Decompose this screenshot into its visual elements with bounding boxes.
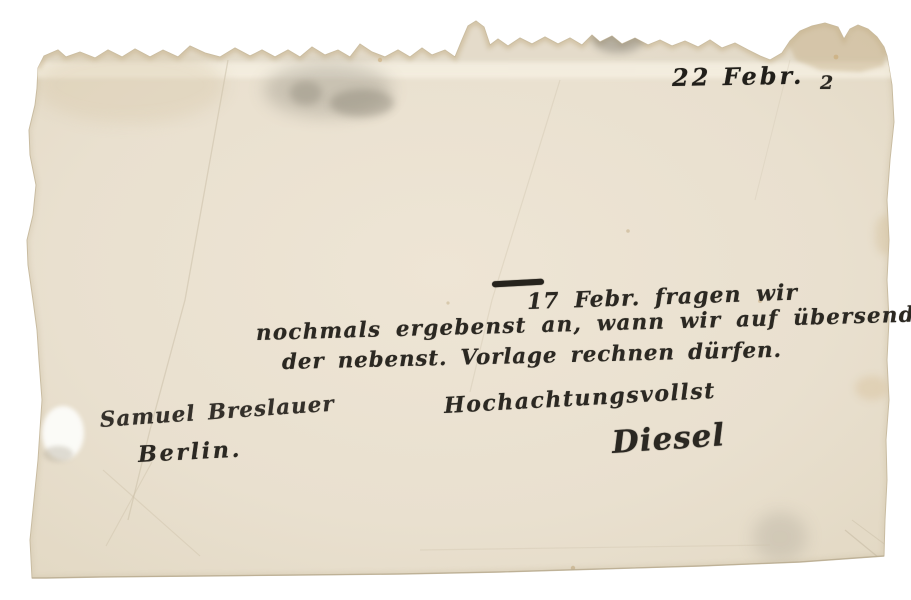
speckle-2 [626, 229, 630, 233]
photograph-background: 22 Febr. 2 17 Febr. fragen wir nochmals … [0, 0, 911, 600]
stain-right-edge-upper [875, 215, 895, 255]
stain-top-left-wash [35, 47, 225, 123]
date-annotation: 22 Febr. [672, 64, 805, 90]
speckle-5 [834, 55, 839, 60]
stain-bottom-right [753, 512, 807, 562]
speckle-4 [446, 301, 449, 304]
stain-top-edge-gray [591, 23, 645, 53]
stain-top-center-dark2 [290, 81, 322, 105]
damage-spot-shadow [43, 446, 73, 462]
stain-right-mid [855, 376, 889, 400]
stain-top-center-dark [330, 89, 394, 117]
page-number: 2 [820, 74, 833, 93]
speckle-6 [378, 58, 382, 62]
recipient-city: Berlin. [137, 439, 242, 467]
signature: Diesel [611, 420, 726, 459]
